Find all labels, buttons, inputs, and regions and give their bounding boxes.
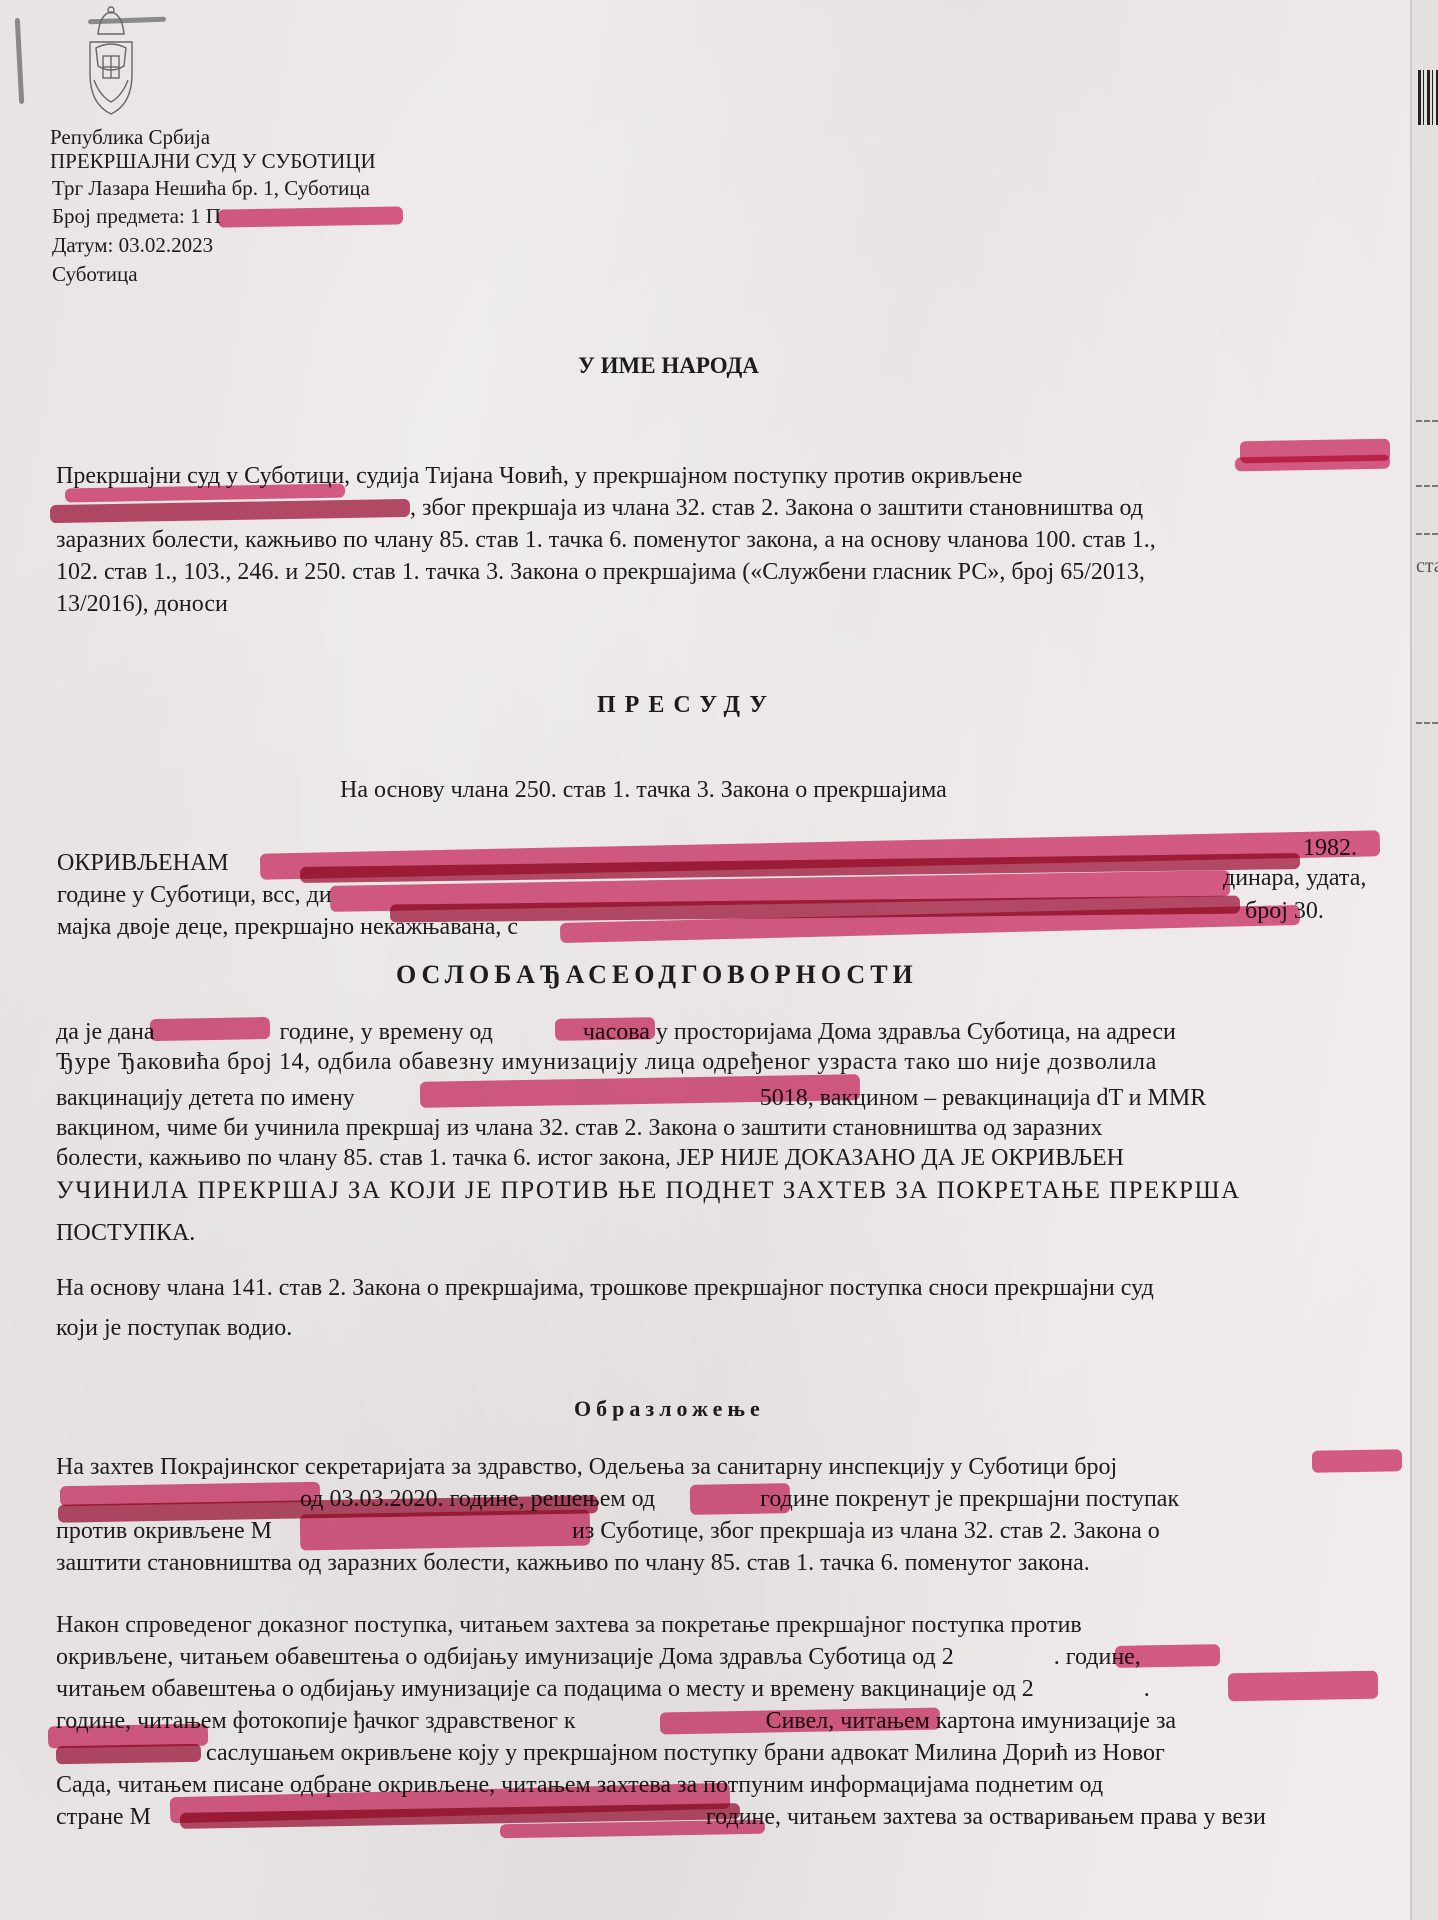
acquittal-segment: вакцинацију детета по имену xyxy=(56,1086,355,1110)
reasoning-line: окривљене, читањем обавештења о одбијању… xyxy=(56,1645,1141,1669)
redaction-mark xyxy=(300,1509,591,1550)
reasoning-line: заштити становништва од заразних болести… xyxy=(56,1551,1090,1575)
side-sheet-text: ста xyxy=(1416,555,1438,578)
form-dashed-line xyxy=(1416,485,1438,487)
intro-line: заразних болести, кажњиво по члану 85. с… xyxy=(56,528,1156,552)
redaction-mark xyxy=(150,1017,270,1041)
reasoning-segment: . xyxy=(1144,1677,1150,1701)
reasoning-segment: године покренут је прекршајни поступак xyxy=(760,1487,1179,1511)
header-date: Датум: 03.02.2023 xyxy=(52,235,213,256)
costs-line: На основу члана 141. став 2. Закона о пр… xyxy=(56,1276,1154,1300)
acquittal-line: ПОСТУПКА. xyxy=(56,1221,195,1245)
defendant-line: године у Суботици, всс, ди xyxy=(57,883,332,907)
reasoning-line: године, читањем фотокопије ђачког здравс… xyxy=(56,1709,1176,1733)
reasoning-line: против окривљене М из Суботице, због пре… xyxy=(56,1519,1160,1543)
redaction-mark xyxy=(218,206,403,227)
barcode-fragment xyxy=(1418,70,1438,125)
acquittal-line: УЧИНИЛА ПРЕКРШАЈ ЗА КОЈИ ЈЕ ПРОТИВ ЊЕ ПО… xyxy=(56,1178,1241,1203)
reasoning-line: На захтев Покрајинског секретаријата за … xyxy=(56,1455,1117,1479)
costs-line: који је поступак водио. xyxy=(56,1316,292,1340)
reasoning-segment: године, читањем захтева за остваривањем … xyxy=(706,1805,1266,1829)
redaction-mark xyxy=(690,1483,791,1515)
intro-line: 102. став 1., 103., 246. и 250. став 1. … xyxy=(56,560,1145,584)
intro-line: , због прекршаја из члана 32. став 2. За… xyxy=(410,496,1143,520)
form-dashed-line xyxy=(1416,722,1438,724)
reasoning-segment: стране М xyxy=(56,1805,151,1829)
redaction-mark xyxy=(1228,1671,1378,1702)
reasoning-line: саслушањем окривљене коју у прекршајном … xyxy=(56,1741,1165,1765)
acquittal-segment: да је дана xyxy=(56,1020,155,1044)
reasoning-segment: против окривљене М xyxy=(56,1519,272,1543)
reasoning-segment: окривљене, читањем обавештења о одбијању… xyxy=(56,1645,954,1669)
reasoning-line: Након спроведеног доказног поступка, чит… xyxy=(56,1613,1082,1637)
acquittal-line: Ђуре Ђаковића број 14, одбила обавезну и… xyxy=(56,1050,1157,1074)
defendant-line: ОКРИВЉЕНАМ xyxy=(57,851,229,875)
document-title: У ИМЕ НАРОДА xyxy=(578,354,759,377)
form-dashed-line xyxy=(1416,420,1438,422)
form-dashed-line xyxy=(1416,533,1438,535)
header-court-name: ПРЕКРШАЈНИ СУД У СУБОТИЦИ xyxy=(50,151,376,172)
header-republic: Република Србија xyxy=(50,127,210,148)
acquittal-heading: ОСЛОБАЂАСЕОДГОВОРНОСТИ xyxy=(396,962,918,988)
reasoning-segment: саслушањем окривљене коју у прекршајном … xyxy=(206,1741,1165,1765)
reasoning-line: читањем обавештења о одбијању имунизациј… xyxy=(56,1677,1150,1701)
acquittal-segment: часова у просторијама Дома здравља Субот… xyxy=(583,1020,1176,1044)
reasoning-heading: Образложење xyxy=(574,1398,765,1420)
legal-basis-line: На основу члана 250. став 1. тачка 3. За… xyxy=(340,778,947,802)
acquittal-line: болести, кажњиво по члану 85. став 1. та… xyxy=(56,1146,1124,1170)
redaction-mark xyxy=(1115,1644,1220,1668)
acquittal-line: вакцином, чиме би учинила прекршај из чл… xyxy=(56,1116,1102,1140)
header-city: Суботица xyxy=(52,264,138,285)
redaction-mark xyxy=(56,1744,201,1765)
redaction-mark xyxy=(1312,1449,1402,1473)
serbian-coat-of-arms-icon xyxy=(80,4,142,116)
redaction-mark xyxy=(1235,455,1390,472)
verdict-heading: ПРЕСУДУ xyxy=(597,693,776,717)
header-case-number: Број предмета: 1 П xyxy=(52,206,221,227)
reasoning-segment: читањем обавештења о одбијању имунизациј… xyxy=(56,1677,1034,1701)
reasoning-segment: из Суботице, због прекршаја из члана 32.… xyxy=(572,1519,1160,1543)
acquittal-segment: године, у времену од xyxy=(280,1020,493,1044)
underlying-sheet xyxy=(1410,0,1438,1920)
header-address: Трг Лазара Нешића бр. 1, Суботица xyxy=(52,178,370,199)
intro-line: 13/2016), доноси xyxy=(56,592,228,616)
redaction-mark xyxy=(555,1017,655,1041)
